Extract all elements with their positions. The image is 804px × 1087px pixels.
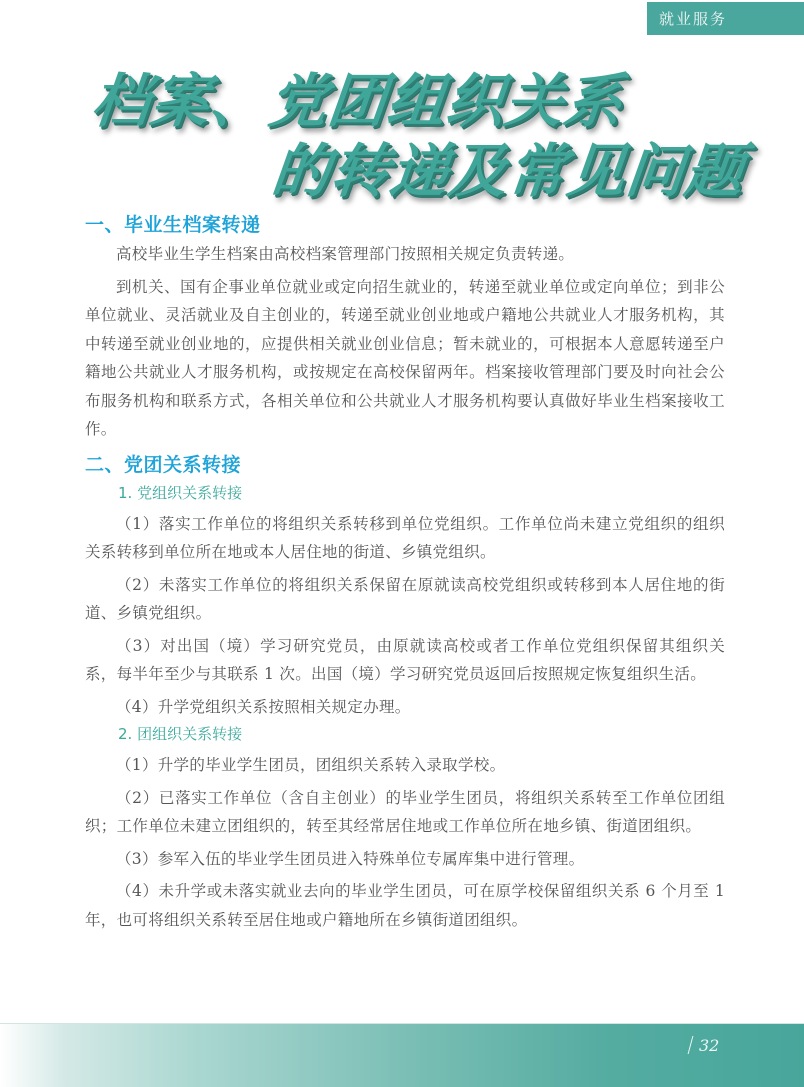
- section-tab: 就业服务: [647, 2, 804, 35]
- subsection-heading-party-transfer: 1. 党组织关系转接: [85, 482, 725, 504]
- section-heading-party-league-transfer: 二、党团关系转接: [85, 452, 725, 478]
- paragraph: 高校毕业生学生档案由高校档案管理部门按照相关规定负责转递。: [85, 240, 725, 269]
- page-number-value: 32: [699, 1036, 719, 1055]
- footer-band: [0, 1023, 804, 1087]
- paragraph: （1）升学的毕业学生团员，团组织关系转入录取学校。: [85, 751, 725, 780]
- paragraph: （1）落实工作单位的将组织关系转移到单位党组织。工作单位尚未建立党组织的组织关系…: [85, 510, 725, 567]
- section-tab-label: 就业服务: [659, 8, 727, 29]
- paragraph: （2）已落实工作单位（含自主创业）的毕业学生团员，将组织关系转至工作单位团组织；…: [85, 784, 725, 841]
- paragraph: （3）参军入伍的毕业学生团员进入特殊单位专属库集中进行管理。: [85, 845, 725, 874]
- paragraph: （2）未落实工作单位的将组织关系保留在原就读高校党组织或转移到本人居住地的街道、…: [85, 571, 725, 628]
- page-title: 档案、党团组织关系 的转递及常见问题: [0, 68, 804, 208]
- paragraph: 到机关、国有企事业单位就业或定向招生就业的，转递至就业单位或定向单位；到非公单位…: [85, 273, 725, 444]
- page-number-slash-icon: [688, 1036, 699, 1054]
- paragraph: （4）升学党组织关系按照相关规定办理。: [85, 693, 725, 722]
- subsection-heading-league-transfer: 2. 团组织关系转接: [85, 723, 725, 745]
- page-title-line-2: 的转递及常见问题: [269, 142, 747, 200]
- page-title-line-1: 档案、党团组织关系: [89, 72, 626, 130]
- paragraph: （4）未升学或未落实就业去向的毕业学生团员，可在原学校保留组织关系 6 个月至 …: [85, 877, 725, 934]
- page-number: 32: [690, 1036, 719, 1055]
- section-heading-archive-transfer: 一、毕业生档案转递: [85, 212, 725, 238]
- paragraph: （3）对出国（境）学习研究党员，由原就读高校或者工作单位党组织保留其组织关系，每…: [85, 632, 725, 689]
- article-body: 一、毕业生档案转递 高校毕业生学生档案由高校档案管理部门按照相关规定负责转递。 …: [85, 212, 725, 934]
